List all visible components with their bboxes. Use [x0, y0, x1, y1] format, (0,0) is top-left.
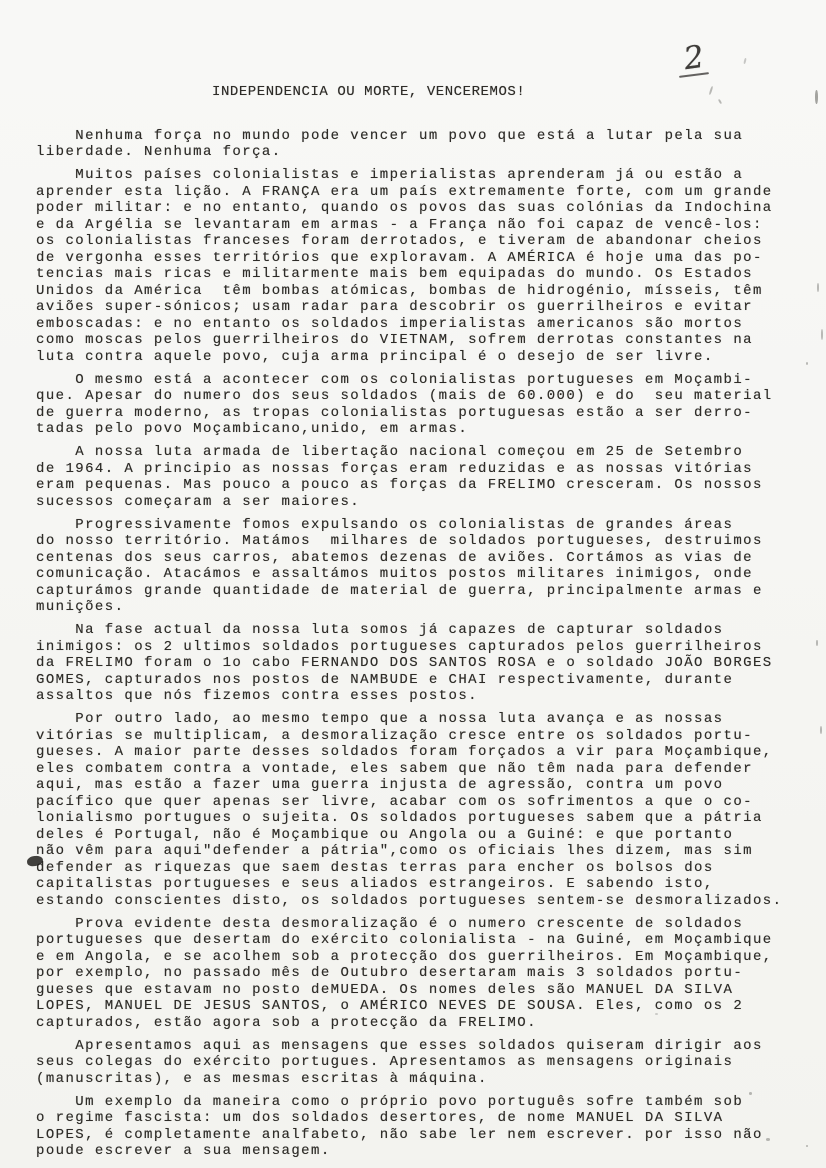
scan-speck [816, 640, 818, 646]
page-number-underline [679, 72, 709, 78]
typewritten-text-block: INDEPENDENCIA OU MORTE, VENCEREMOS! Nenh… [36, 84, 820, 1166]
paragraph-6: Na fase actual da nossa luta somos já ca… [36, 622, 820, 705]
paragraph-5: Progressivamente fomos expulsando os col… [36, 517, 820, 616]
scan-speck [743, 58, 746, 64]
scan-speck [806, 1145, 808, 1147]
scan-speck [820, 726, 822, 734]
scan-speck [749, 1092, 752, 1095]
paragraph-10: Um exemplo da maneira como o próprio pov… [36, 1094, 820, 1160]
document-title: INDEPENDENCIA OU MORTE, VENCEREMOS! [36, 84, 820, 101]
scan-speck [806, 362, 808, 365]
paragraph-8: Prova evidente desta desmoralização é o … [36, 916, 820, 1032]
paragraph-9: Apresentamos aqui as mensagens que esses… [36, 1038, 820, 1088]
paragraph-7: Por outro lado, ao mesmo tempo que a nos… [36, 711, 820, 909]
paragraph-1: Nenhuma força no mundo pode vencer um po… [36, 128, 820, 161]
scan-speck [766, 1138, 770, 1141]
scan-speck [815, 90, 818, 104]
paragraph-2: Muitos países colonialistas e imperialis… [36, 167, 820, 365]
paragraph-3: O mesmo está a acontecer com os colonial… [36, 372, 820, 438]
scan-speck [817, 283, 819, 292]
paragraph-4: A nossa luta armada de libertação nacion… [36, 444, 820, 510]
handwritten-page-number: 2 [682, 39, 707, 77]
scanned-document-page: 2 INDEPENDENCIA OU MORTE, VENCEREMOS! Ne… [0, 0, 826, 1168]
scan-speck [821, 329, 823, 340]
scan-speck [655, 1013, 658, 1015]
